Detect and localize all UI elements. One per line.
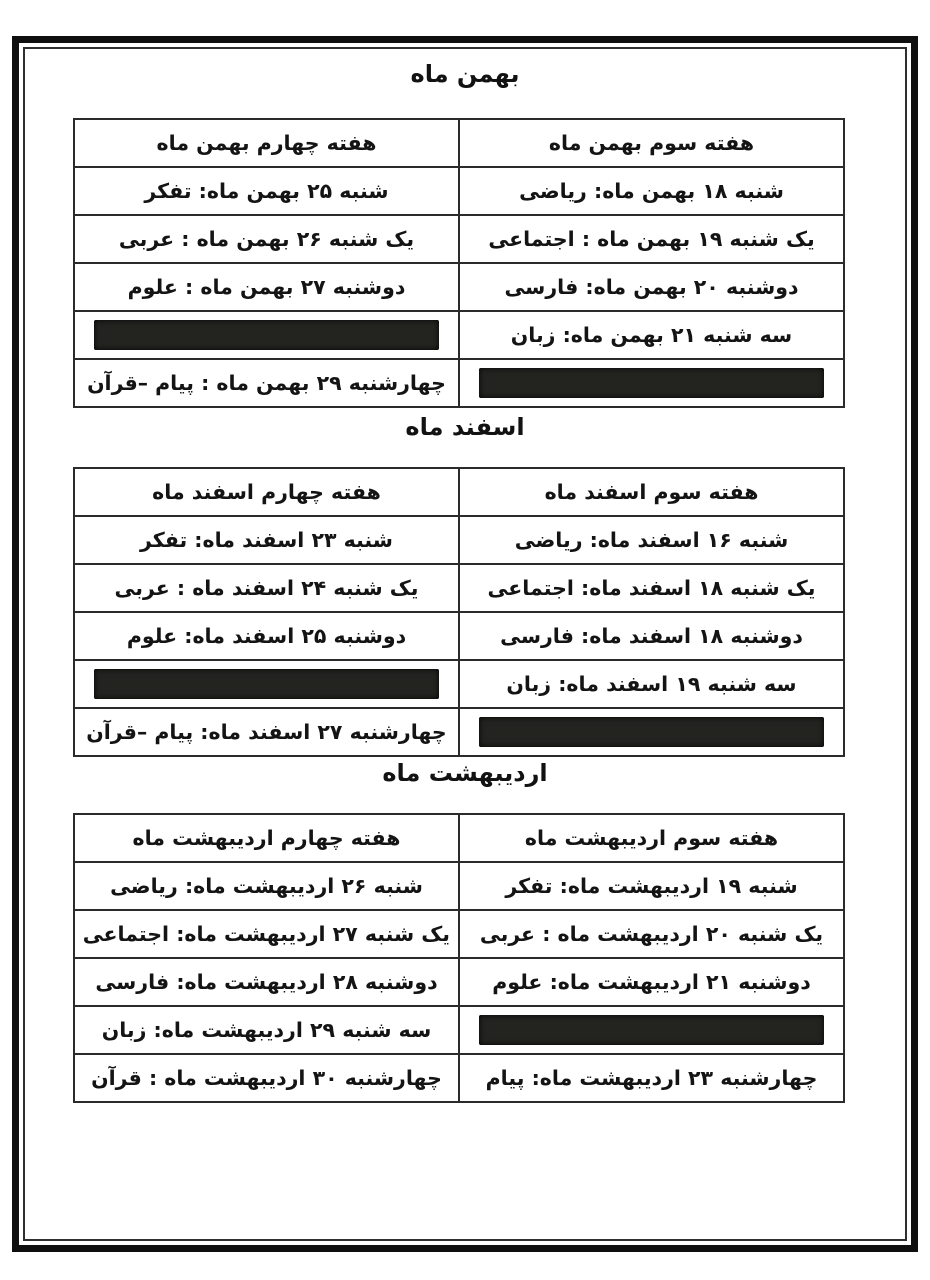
week3-cell: شنبه ۱۶ اسفند ماه: ریاضی <box>459 516 844 564</box>
header-row: هفته سوم بهمن ماههفته چهارم بهمن ماه <box>74 119 844 167</box>
schedule-row: یک شنبه ۱۸ اسفند ماه: اجتماعییک شنبه ۲۴ … <box>74 564 844 612</box>
week3-cell-redacted <box>459 359 844 407</box>
week4-cell: یک شنبه ۲۷ اردیبهشت ماه: اجتماعی <box>74 910 459 958</box>
week3-cell: یک شنبه ۱۸ اسفند ماه: اجتماعی <box>459 564 844 612</box>
redacted-bar <box>479 1015 824 1045</box>
week3-cell: یک شنبه ۱۹ بهمن ماه : اجتماعی <box>459 215 844 263</box>
week3-cell-redacted <box>459 708 844 756</box>
month-title-ordibehesht: اردیبهشت ماه <box>0 759 930 787</box>
week4-cell: یک شنبه ۲۴ اسفند ماه : عربی <box>74 564 459 612</box>
week4-cell: شنبه ۲۵ بهمن ماه: تفکر <box>74 167 459 215</box>
month-title-esfand: اسفند ماه <box>0 413 930 441</box>
week3-cell: سه شنبه ۲۱ بهمن ماه: زبان <box>459 311 844 359</box>
schedule-row: سه شنبه ۱۹ اسفند ماه: زبان <box>74 660 844 708</box>
week4-cell-redacted <box>74 660 459 708</box>
schedule-row: شنبه ۱۸ بهمن ماه: ریاضیشنبه ۲۵ بهمن ماه:… <box>74 167 844 215</box>
schedule-row: چهارشنبه ۲۳ اردیبهشت ماه: پیامچهارشنبه ۳… <box>74 1054 844 1102</box>
week4-cell: دوشنبه ۲۸ اردیبهشت ماه: فارسی <box>74 958 459 1006</box>
week4-cell: یک شنبه ۲۶ بهمن ماه : عربی <box>74 215 459 263</box>
week4-cell: دوشنبه ۲۷ بهمن ماه : علوم <box>74 263 459 311</box>
week4-cell-redacted <box>74 311 459 359</box>
month-title-bahman: بهمن ماه <box>0 60 930 88</box>
schedule-row: چهارشنبه ۲۹ بهمن ماه : پیام –قرآن <box>74 359 844 407</box>
redacted-bar <box>479 368 824 398</box>
week4-header-cell: هفته چهارم بهمن ماه <box>74 119 459 167</box>
redacted-bar <box>94 669 439 699</box>
schedule-row: دوشنبه ۱۸ اسفند ماه: فارسیدوشنبه ۲۵ اسفن… <box>74 612 844 660</box>
week4-cell: شنبه ۲۳ اسفند ماه: تفکر <box>74 516 459 564</box>
header-row: هفته سوم اردیبهشت ماههفته چهارم اردیبهشت… <box>74 814 844 862</box>
week3-header-cell: هفته سوم بهمن ماه <box>459 119 844 167</box>
redacted-bar <box>94 320 439 350</box>
schedule-table-bahman: هفته سوم بهمن ماههفته چهارم بهمن ماهشنبه… <box>73 118 845 408</box>
week3-header-cell: هفته سوم اسفند ماه <box>459 468 844 516</box>
week4-cell: چهارشنبه ۳۰ اردیبهشت ماه : قرآن <box>74 1054 459 1102</box>
week4-cell: دوشنبه ۲۵ اسفند ماه: علوم <box>74 612 459 660</box>
week3-cell: سه شنبه ۱۹ اسفند ماه: زبان <box>459 660 844 708</box>
week3-cell: دوشنبه ۲۰ بهمن ماه: فارسی <box>459 263 844 311</box>
week4-cell: چهارشنبه ۲۹ بهمن ماه : پیام –قرآن <box>74 359 459 407</box>
schedule-table-ordibehesht: هفته سوم اردیبهشت ماههفته چهارم اردیبهشت… <box>73 813 845 1103</box>
schedule-row: دوشنبه ۲۱ اردیبهشت ماه: علومدوشنبه ۲۸ ار… <box>74 958 844 1006</box>
week3-cell: شنبه ۱۸ بهمن ماه: ریاضی <box>459 167 844 215</box>
schedule-row: یک شنبه ۲۰ اردیبهشت ماه : عربییک شنبه ۲۷… <box>74 910 844 958</box>
week3-header-cell: هفته سوم اردیبهشت ماه <box>459 814 844 862</box>
schedule-table-esfand: هفته سوم اسفند ماههفته چهارم اسفند ماهشن… <box>73 467 845 757</box>
schedule-row: دوشنبه ۲۰ بهمن ماه: فارسیدوشنبه ۲۷ بهمن … <box>74 263 844 311</box>
scanned-page: { "document": { "months": [ { "title": "… <box>0 0 930 1280</box>
week3-cell-redacted <box>459 1006 844 1054</box>
schedule-row: یک شنبه ۱۹ بهمن ماه : اجتماعییک شنبه ۲۶ … <box>74 215 844 263</box>
week3-cell: دوشنبه ۲۱ اردیبهشت ماه: علوم <box>459 958 844 1006</box>
schedule-row: چهارشنبه ۲۷ اسفند ماه: پیام –قرآن <box>74 708 844 756</box>
schedule-row: شنبه ۱۶ اسفند ماه: ریاضیشنبه ۲۳ اسفند ما… <box>74 516 844 564</box>
week4-header-cell: هفته چهارم اسفند ماه <box>74 468 459 516</box>
redacted-bar <box>479 717 824 747</box>
week3-cell: یک شنبه ۲۰ اردیبهشت ماه : عربی <box>459 910 844 958</box>
week4-cell: سه شنبه ۲۹ اردیبهشت ماه: زبان <box>74 1006 459 1054</box>
week3-cell: دوشنبه ۱۸ اسفند ماه: فارسی <box>459 612 844 660</box>
week4-cell: چهارشنبه ۲۷ اسفند ماه: پیام –قرآن <box>74 708 459 756</box>
schedule-row: سه شنبه ۲۱ بهمن ماه: زبان <box>74 311 844 359</box>
week3-cell: شنبه ۱۹ اردیبهشت ماه: تفکر <box>459 862 844 910</box>
schedule-row: شنبه ۱۹ اردیبهشت ماه: تفکرشنبه ۲۶ اردیبه… <box>74 862 844 910</box>
week4-header-cell: هفته چهارم اردیبهشت ماه <box>74 814 459 862</box>
header-row: هفته سوم اسفند ماههفته چهارم اسفند ماه <box>74 468 844 516</box>
week3-cell: چهارشنبه ۲۳ اردیبهشت ماه: پیام <box>459 1054 844 1102</box>
week4-cell: شنبه ۲۶ اردیبهشت ماه: ریاضی <box>74 862 459 910</box>
schedule-row: سه شنبه ۲۹ اردیبهشت ماه: زبان <box>74 1006 844 1054</box>
